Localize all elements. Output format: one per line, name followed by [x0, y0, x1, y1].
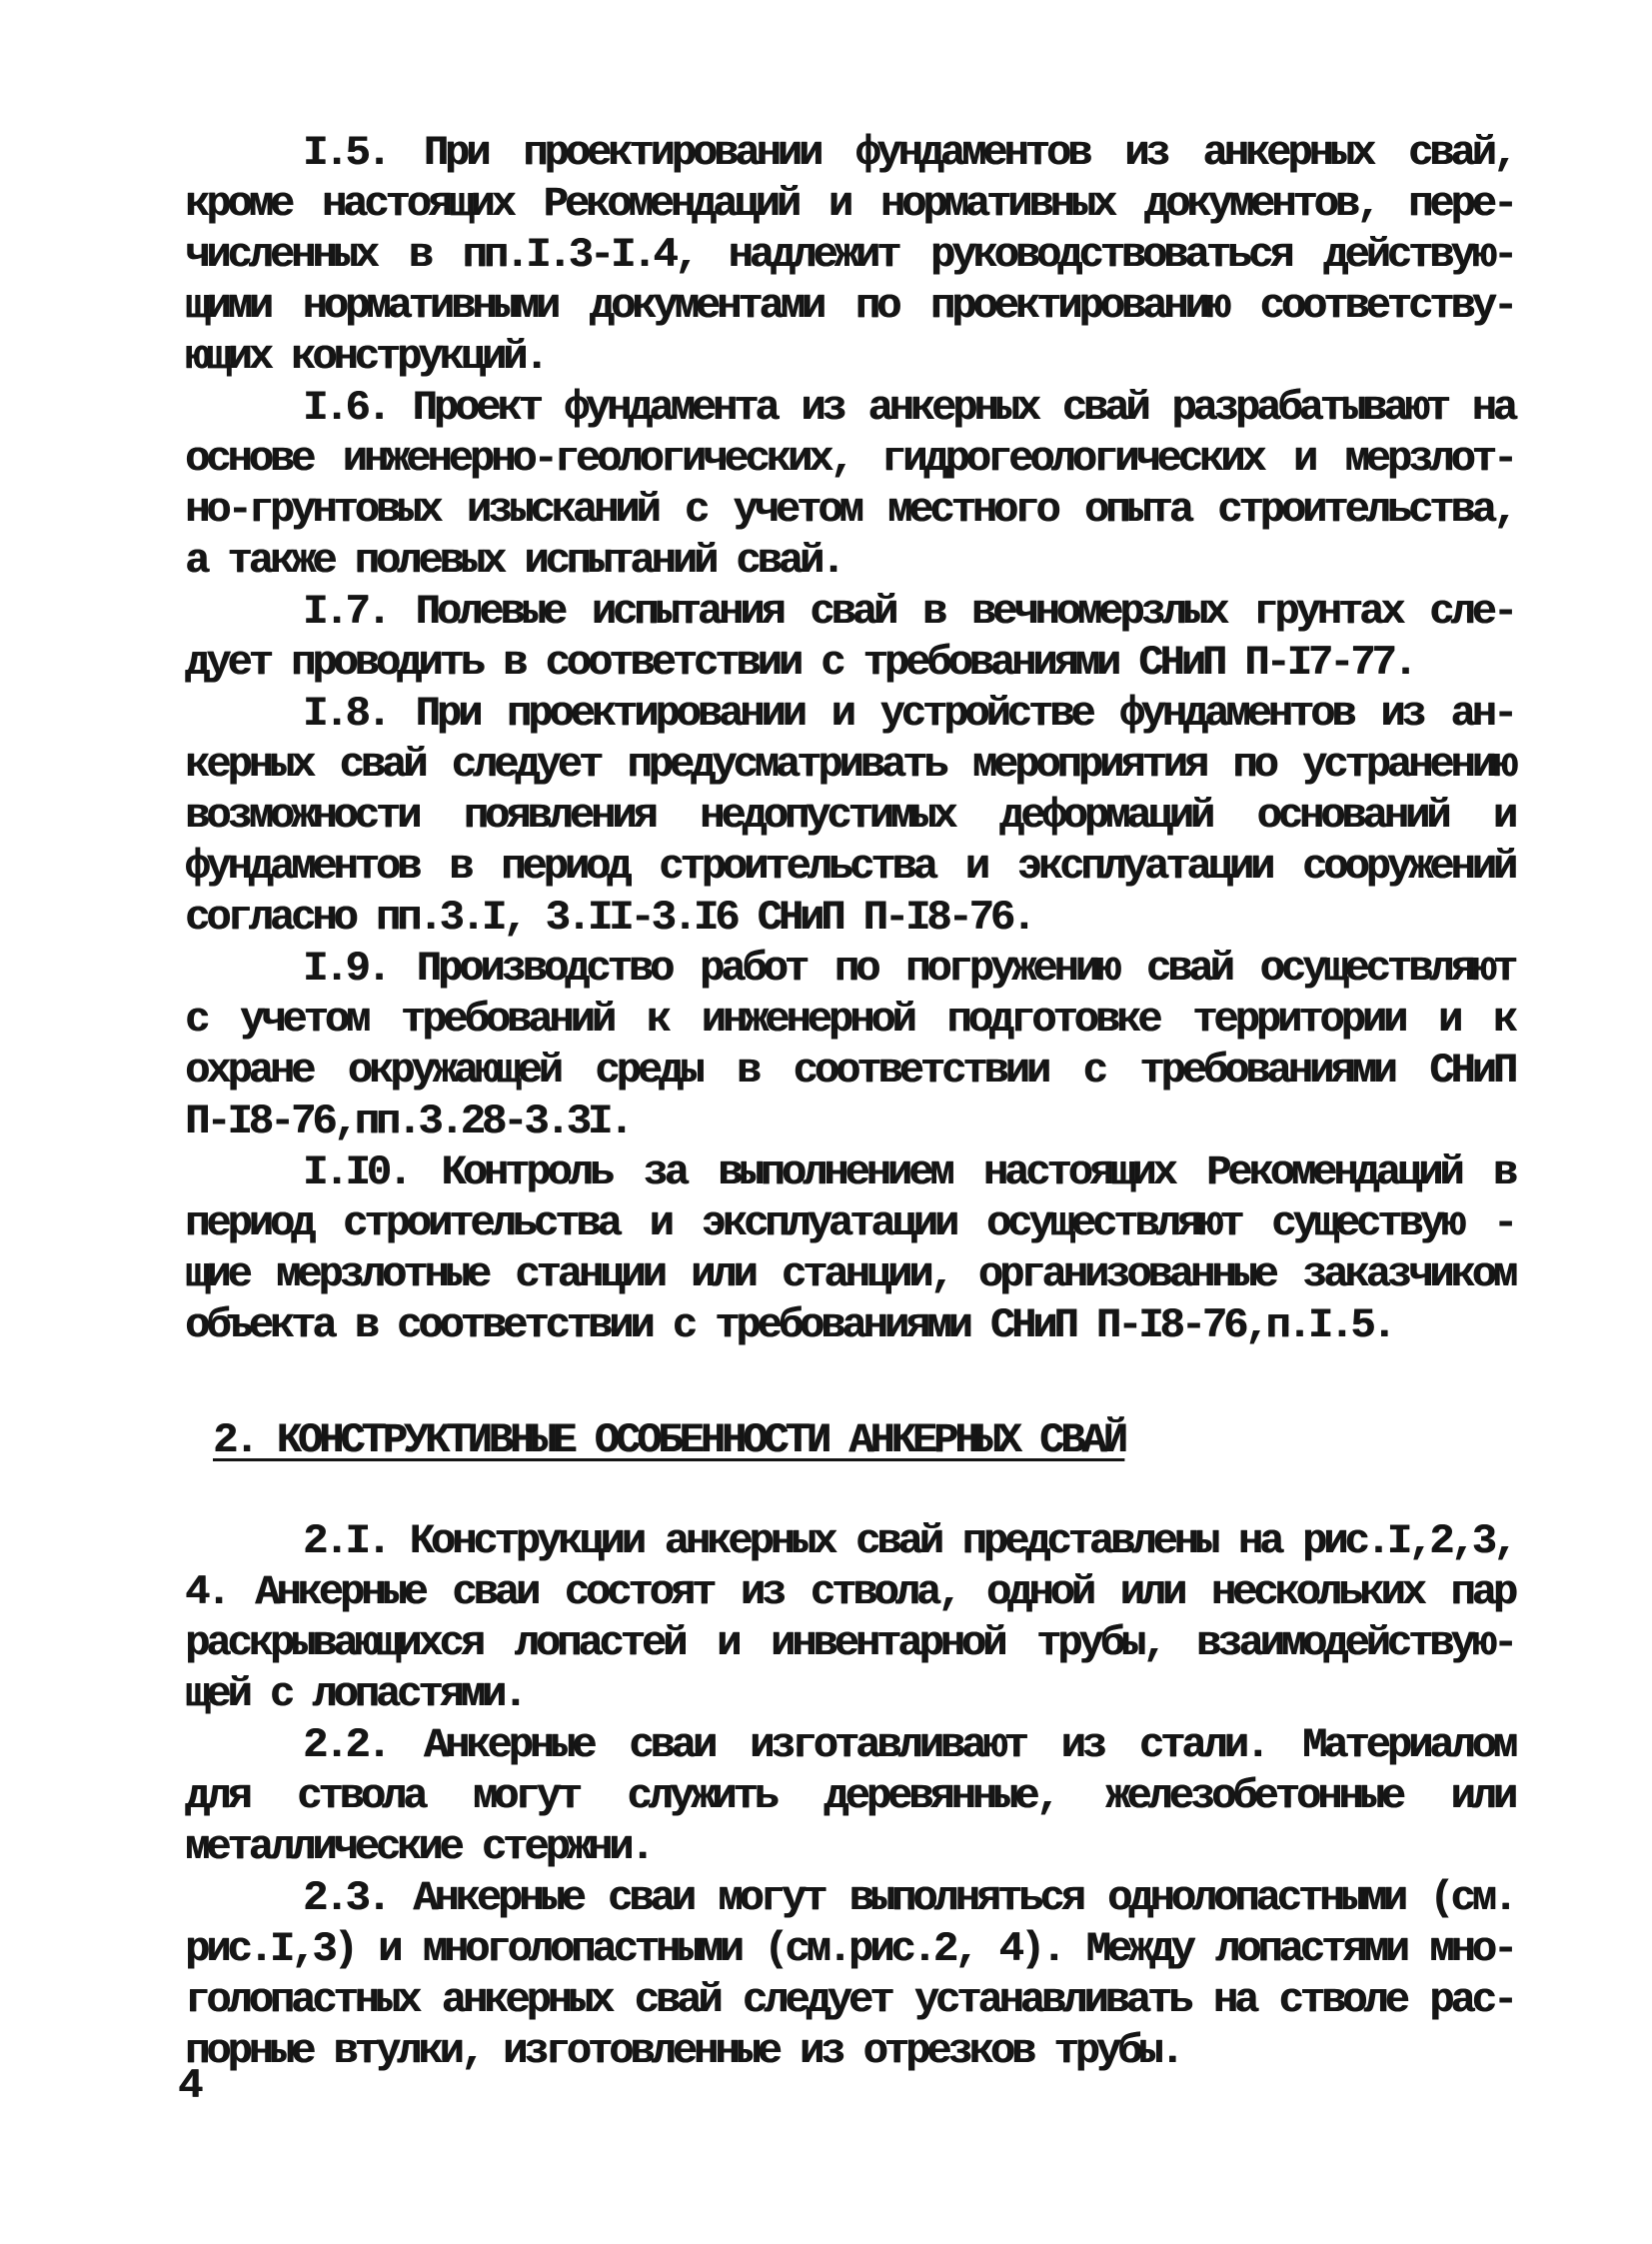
text-line: возможности появления недопустимых дефор…	[185, 791, 1514, 842]
text-line: керных свай следует предусматривать меро…	[185, 740, 1514, 791]
text-line: объекта в соответствии с требованиями СН…	[185, 1300, 1514, 1351]
paragraph: 2.2. Анкерные сваи изготавливают из стал…	[185, 1720, 1514, 1873]
document-page: I.5. При проектировании фундаментов из а…	[0, 0, 1652, 2244]
text-line: основе инженерно-геологических, гидрогео…	[185, 434, 1514, 485]
text-line: охране окружающей среды в соответствии с…	[185, 1046, 1514, 1097]
text-line: I.7. Полевые испытания свай в вечномерзл…	[185, 587, 1514, 638]
paragraph: I.6. Проект фундамента из анкерных свай …	[185, 383, 1514, 587]
paragraph: I.8. При проектировании и устройстве фун…	[185, 689, 1514, 944]
text-line: I.6. Проект фундамента из анкерных свай …	[185, 383, 1514, 434]
text-line: 2.3. Анкерные сваи могут выполняться одн…	[185, 1873, 1514, 1924]
paragraph: I.I0. Контроль за выполнением настоящих …	[185, 1147, 1514, 1351]
text-line: 2.I. Конструкции анкерных свай представл…	[185, 1516, 1514, 1567]
text-line: фундаментов в период строительства и экс…	[185, 842, 1514, 893]
text-line: ющих конструкций.	[185, 332, 1514, 383]
text-line: I.I0. Контроль за выполнением настоящих …	[185, 1147, 1514, 1198]
text-line: металлические стержни.	[185, 1822, 1514, 1873]
text-line: П-I8-76,пп.3.28-3.3I.	[185, 1097, 1514, 1147]
text-line: период строительства и эксплуатации осущ…	[185, 1198, 1514, 1249]
text-line: 2.2. Анкерные сваи изготавливают из стал…	[185, 1720, 1514, 1771]
text-line: с учетом требований к инженерной подгото…	[185, 995, 1514, 1046]
text-line: I.8. При проектировании и устройстве фун…	[185, 689, 1514, 740]
paragraph: 2.3. Анкерные сваи могут выполняться одн…	[185, 1873, 1514, 2077]
text-line: дует проводить в соответствии с требован…	[185, 638, 1514, 689]
text-line: I.9. Производство работ по погружению св…	[185, 944, 1514, 995]
page-number: 4	[178, 2061, 199, 2112]
text-line: численных в пп.I.3-I.4, надлежит руковод…	[185, 230, 1514, 281]
text-line: 2. КОНСТРУКТИВНЫЕ ОСОБЕННОСТИ АНКЕРНЫХ С…	[185, 1415, 1514, 1466]
text-line: но-грунтовых изысканий с учетом местного…	[185, 485, 1514, 536]
text-line: кроме настоящих Рекомендаций и нормативн…	[185, 179, 1514, 230]
text-line: порные втулки, изготовленные из отрезков…	[185, 2026, 1514, 2077]
text-line: согласно пп.3.I, 3.II-3.I6 СНиП П-I8-76.	[185, 893, 1514, 944]
text-line: I.5. При проектировании фундаментов из а…	[185, 128, 1514, 179]
text-line: щими нормативными документами по проекти…	[185, 281, 1514, 332]
text-line: рис.I,3) и многолопастными (см.рис.2, 4)…	[185, 1924, 1514, 1975]
section-heading: 2. КОНСТРУКТИВНЫЕ ОСОБЕННОСТИ АНКЕРНЫХ С…	[185, 1415, 1514, 1466]
document-body: I.5. При проектировании фундаментов из а…	[185, 128, 1514, 2077]
text-line: щей с лопастями.	[185, 1669, 1514, 1720]
paragraph: I.5. При проектировании фундаментов из а…	[185, 128, 1514, 383]
text-line: голопастных анкерных свай следует устана…	[185, 1975, 1514, 2026]
text-line: щие мерзлотные станции или станции, орга…	[185, 1249, 1514, 1300]
text-line: а также полевых испытаний свай.	[185, 536, 1514, 587]
paragraph: I.9. Производство работ по погружению св…	[185, 944, 1514, 1147]
paragraph: 2.I. Конструкции анкерных свай представл…	[185, 1516, 1514, 1720]
paragraph: I.7. Полевые испытания свай в вечномерзл…	[185, 587, 1514, 689]
text-line: для ствола могут служить деревянные, жел…	[185, 1771, 1514, 1822]
text-line: раскрывающихся лопастей и инвентарной тр…	[185, 1618, 1514, 1669]
text-line: 4. Анкерные сваи состоят из ствола, одно…	[185, 1567, 1514, 1618]
